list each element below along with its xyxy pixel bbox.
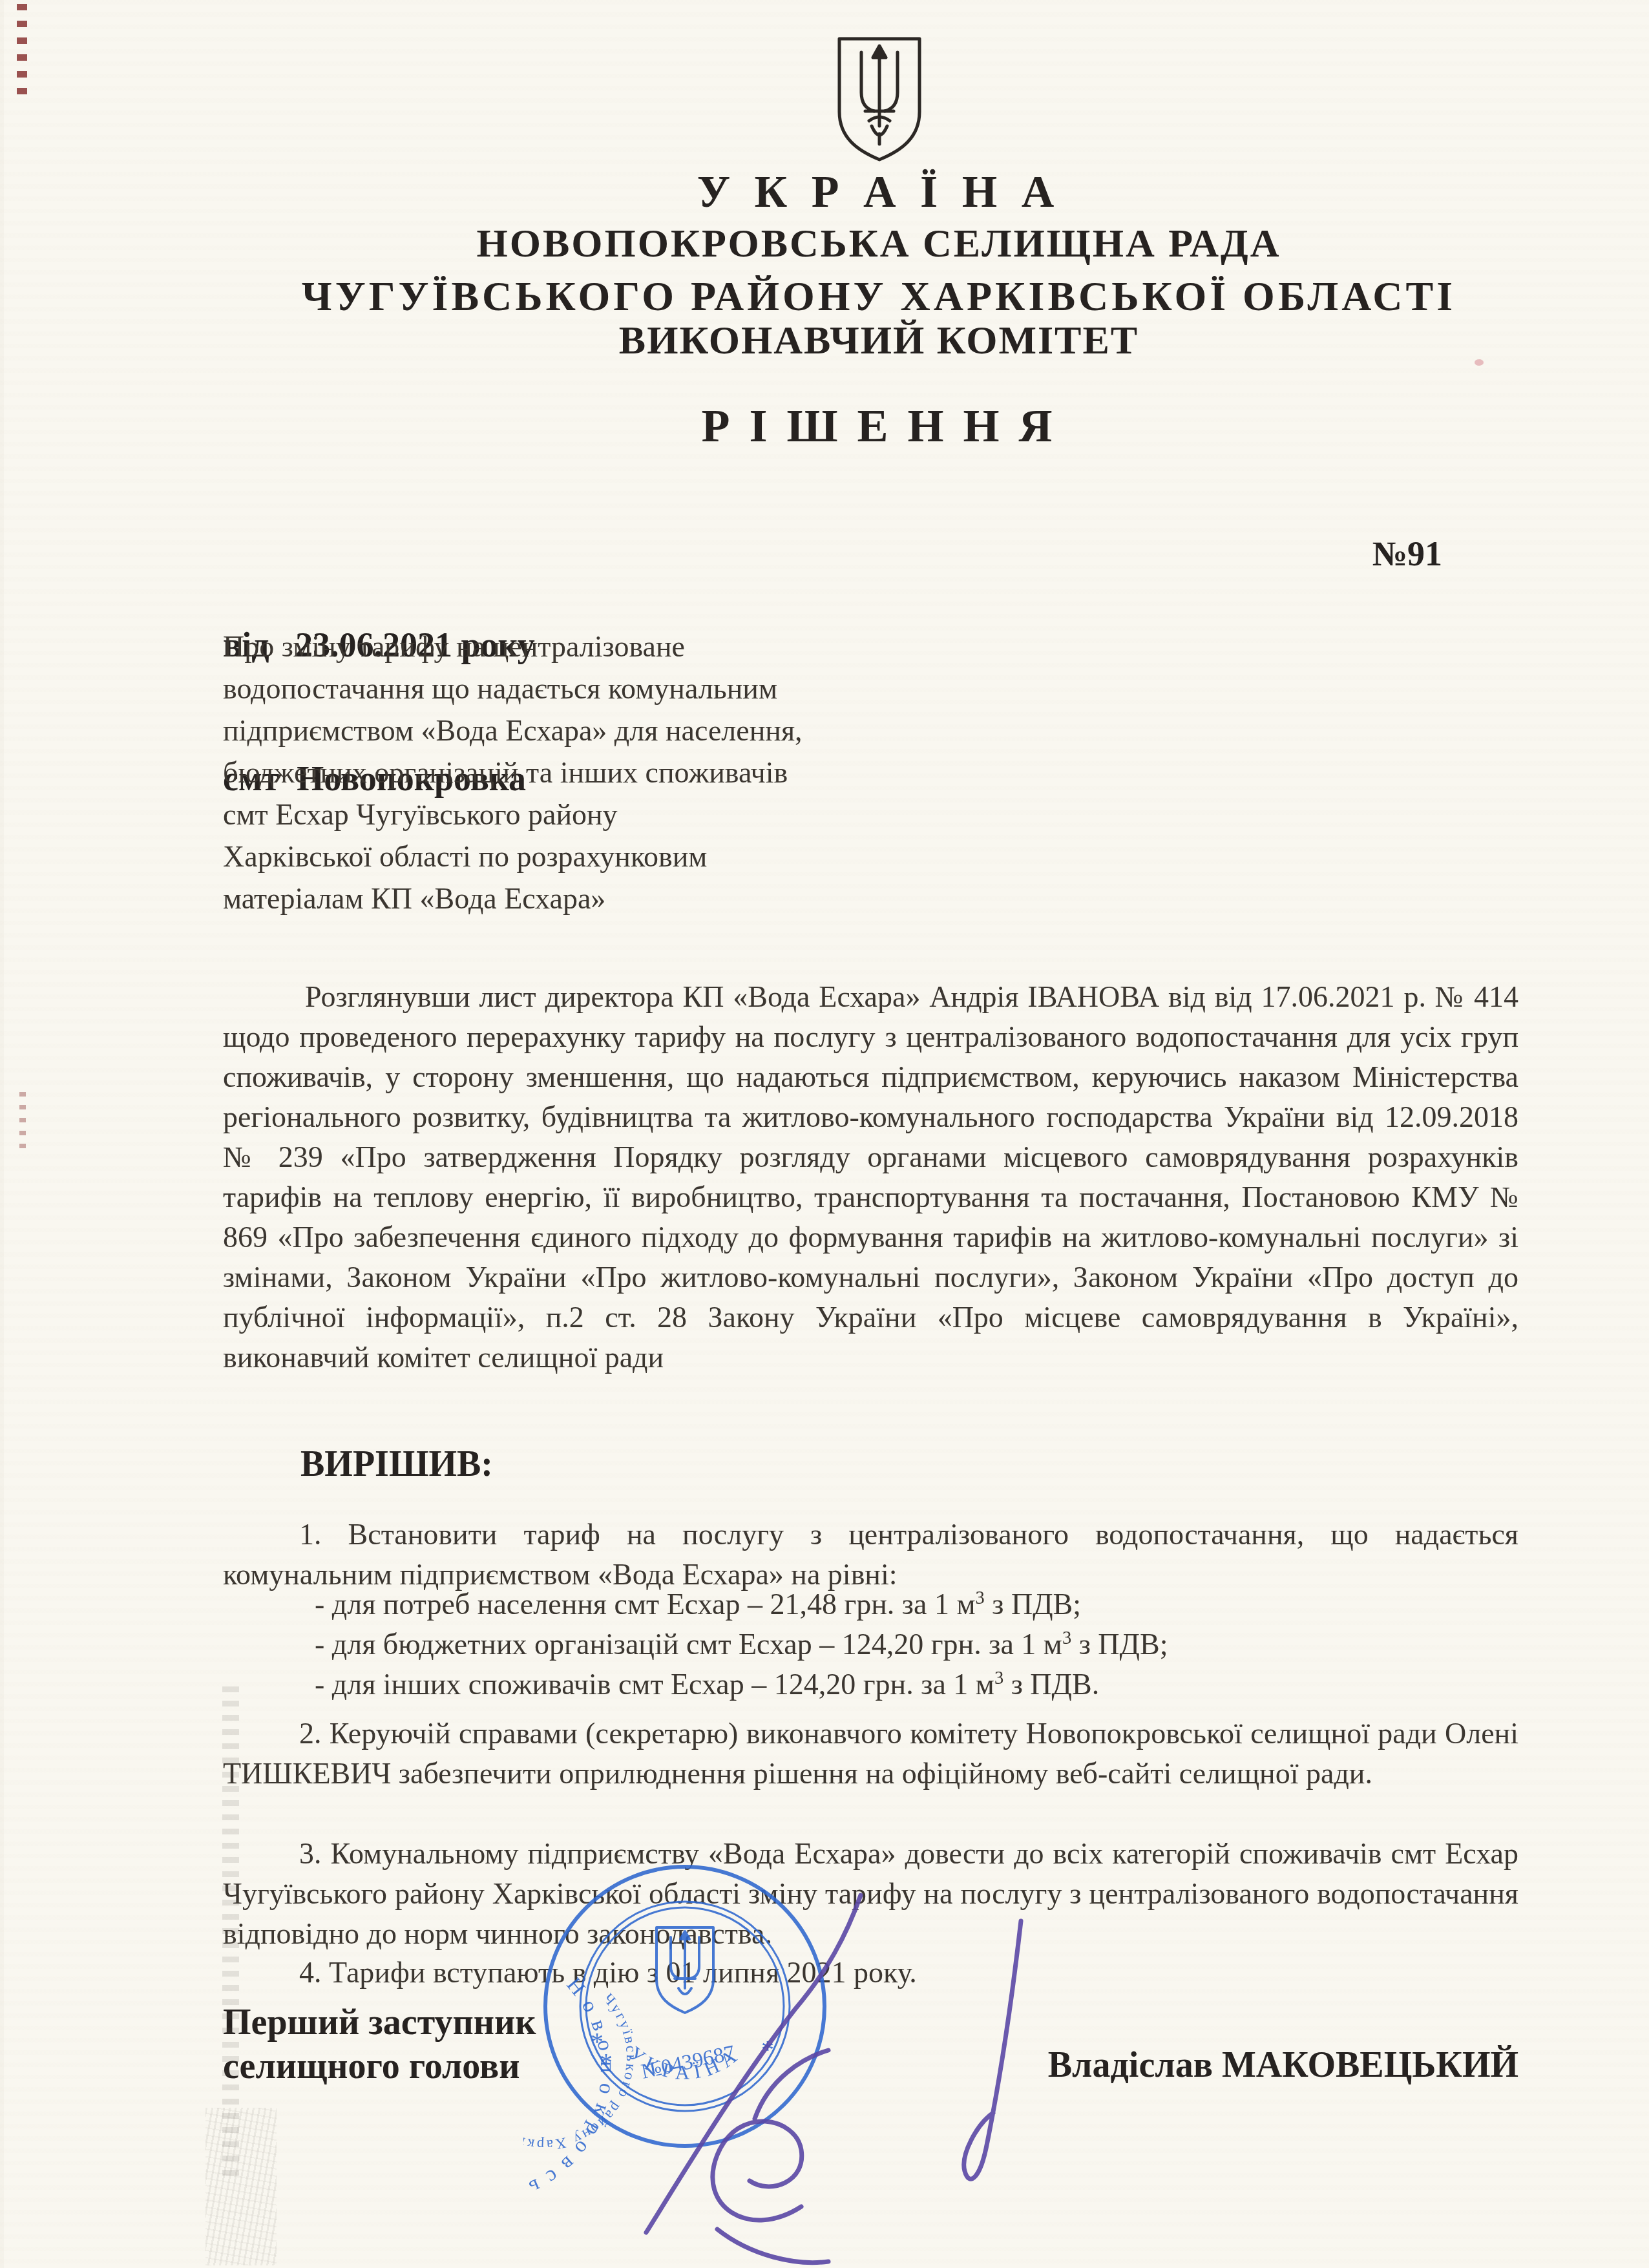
tariff-text: - для бюджетних організацій смт Есхар – … (315, 1628, 1062, 1661)
signer-name: Владіслав МАКОВЕЦЬКИЙ (1048, 2000, 1518, 2088)
signer-position-line: Перший заступник (223, 2000, 536, 2044)
subject-line: Про зміну тарифу на централізоване (223, 625, 1076, 667)
document-page: У К Р А Ї Н А НОВОПОКРОВСЬКА СЕЛИЩНА РАД… (0, 0, 1649, 2268)
header-district: ЧУГУЇВСЬКОГО РАЙОНУ ХАРКІВСЬКОЇ ОБЛАСТІ (223, 273, 1535, 320)
resolved-heading: ВИРІШИВ: (300, 1444, 493, 1485)
tariff-list: - для потреб населення смт Есхар – 21,48… (223, 1584, 1518, 1705)
cubic-meter-superscript: 3 (976, 1588, 985, 1608)
header-country: У К Р А Ї Н А (223, 167, 1535, 218)
cubic-meter-superscript: 3 (1062, 1628, 1071, 1648)
tariff-line-population: - для потреб населення смт Есхар – 21,48… (223, 1584, 1518, 1624)
ukraine-trident-emblem-icon (835, 36, 923, 165)
official-round-stamp: Новопокровська селищна рада Чугуївського… (523, 1845, 1066, 2268)
subject-line: Харківської області по розрахунковим (223, 835, 1076, 877)
subject-line: бюджетних організацій та інших споживачі… (223, 751, 1076, 793)
subject-block: Про зміну тарифу на централізоване водоп… (223, 625, 1076, 919)
stamp-trident-icon (656, 1927, 713, 2013)
decision-item-1: 1. Встановити тариф на послугу з централ… (223, 1515, 1518, 1595)
document-number: №91 (1372, 534, 1442, 574)
header-committee: ВИКОНАВЧИЙ КОМІТЕТ (223, 318, 1535, 364)
signer-position-line: селищного голови (223, 2044, 536, 2088)
subject-line: водопостачання що надається комунальним (223, 667, 1076, 709)
svg-text:Новопокровська селищна рада: Новопокровська селищна рада (523, 1973, 619, 2211)
scan-artifact-red-edge (19, 1092, 26, 1150)
tariff-line-budget-orgs: - для бюджетних організацій смт Есхар – … (223, 1624, 1518, 1664)
signer-position: Перший заступник селищного голови (223, 2000, 536, 2088)
cubic-meter-superscript: 3 (994, 1668, 1003, 1688)
stamp-outer-ring-text: Новопокровська селищна рада (523, 1973, 619, 2211)
decision-item-2: 2. Керуючій справами (секретарю) виконав… (223, 1714, 1518, 1794)
document-type-title: Р І Ш Е Н Н Я (223, 399, 1535, 453)
scan-artifact-red-edge (17, 4, 27, 94)
tariff-text: - для інших споживачів смт Есхар – 124,2… (315, 1668, 994, 1701)
tariff-line-other-consumers: - для інших споживачів смт Есхар – 124,2… (223, 1664, 1518, 1705)
scan-artifact-speckle (205, 2108, 277, 2265)
subject-line: матеріалам КП «Вода Есхара» (223, 877, 1076, 919)
stamp-star-icon: * (600, 2048, 613, 2077)
preamble-paragraph: Розглянувши лист директора КП «Вода Есха… (223, 977, 1518, 1378)
tariff-text: з ПДВ. (1003, 1668, 1099, 1701)
tariff-text: з ПДВ; (985, 1588, 1081, 1621)
subject-line: смт Есхар Чугуївського району (223, 793, 1076, 835)
header-council: НОВОПОКРОВСЬКА СЕЛИЩНА РАДА (223, 221, 1535, 267)
tariff-text: - для потреб населення смт Есхар – 21,48… (315, 1588, 976, 1621)
subject-line: підприємством «Вода Есхара» для населенн… (223, 709, 1076, 751)
tariff-text: з ПДВ; (1071, 1628, 1168, 1661)
